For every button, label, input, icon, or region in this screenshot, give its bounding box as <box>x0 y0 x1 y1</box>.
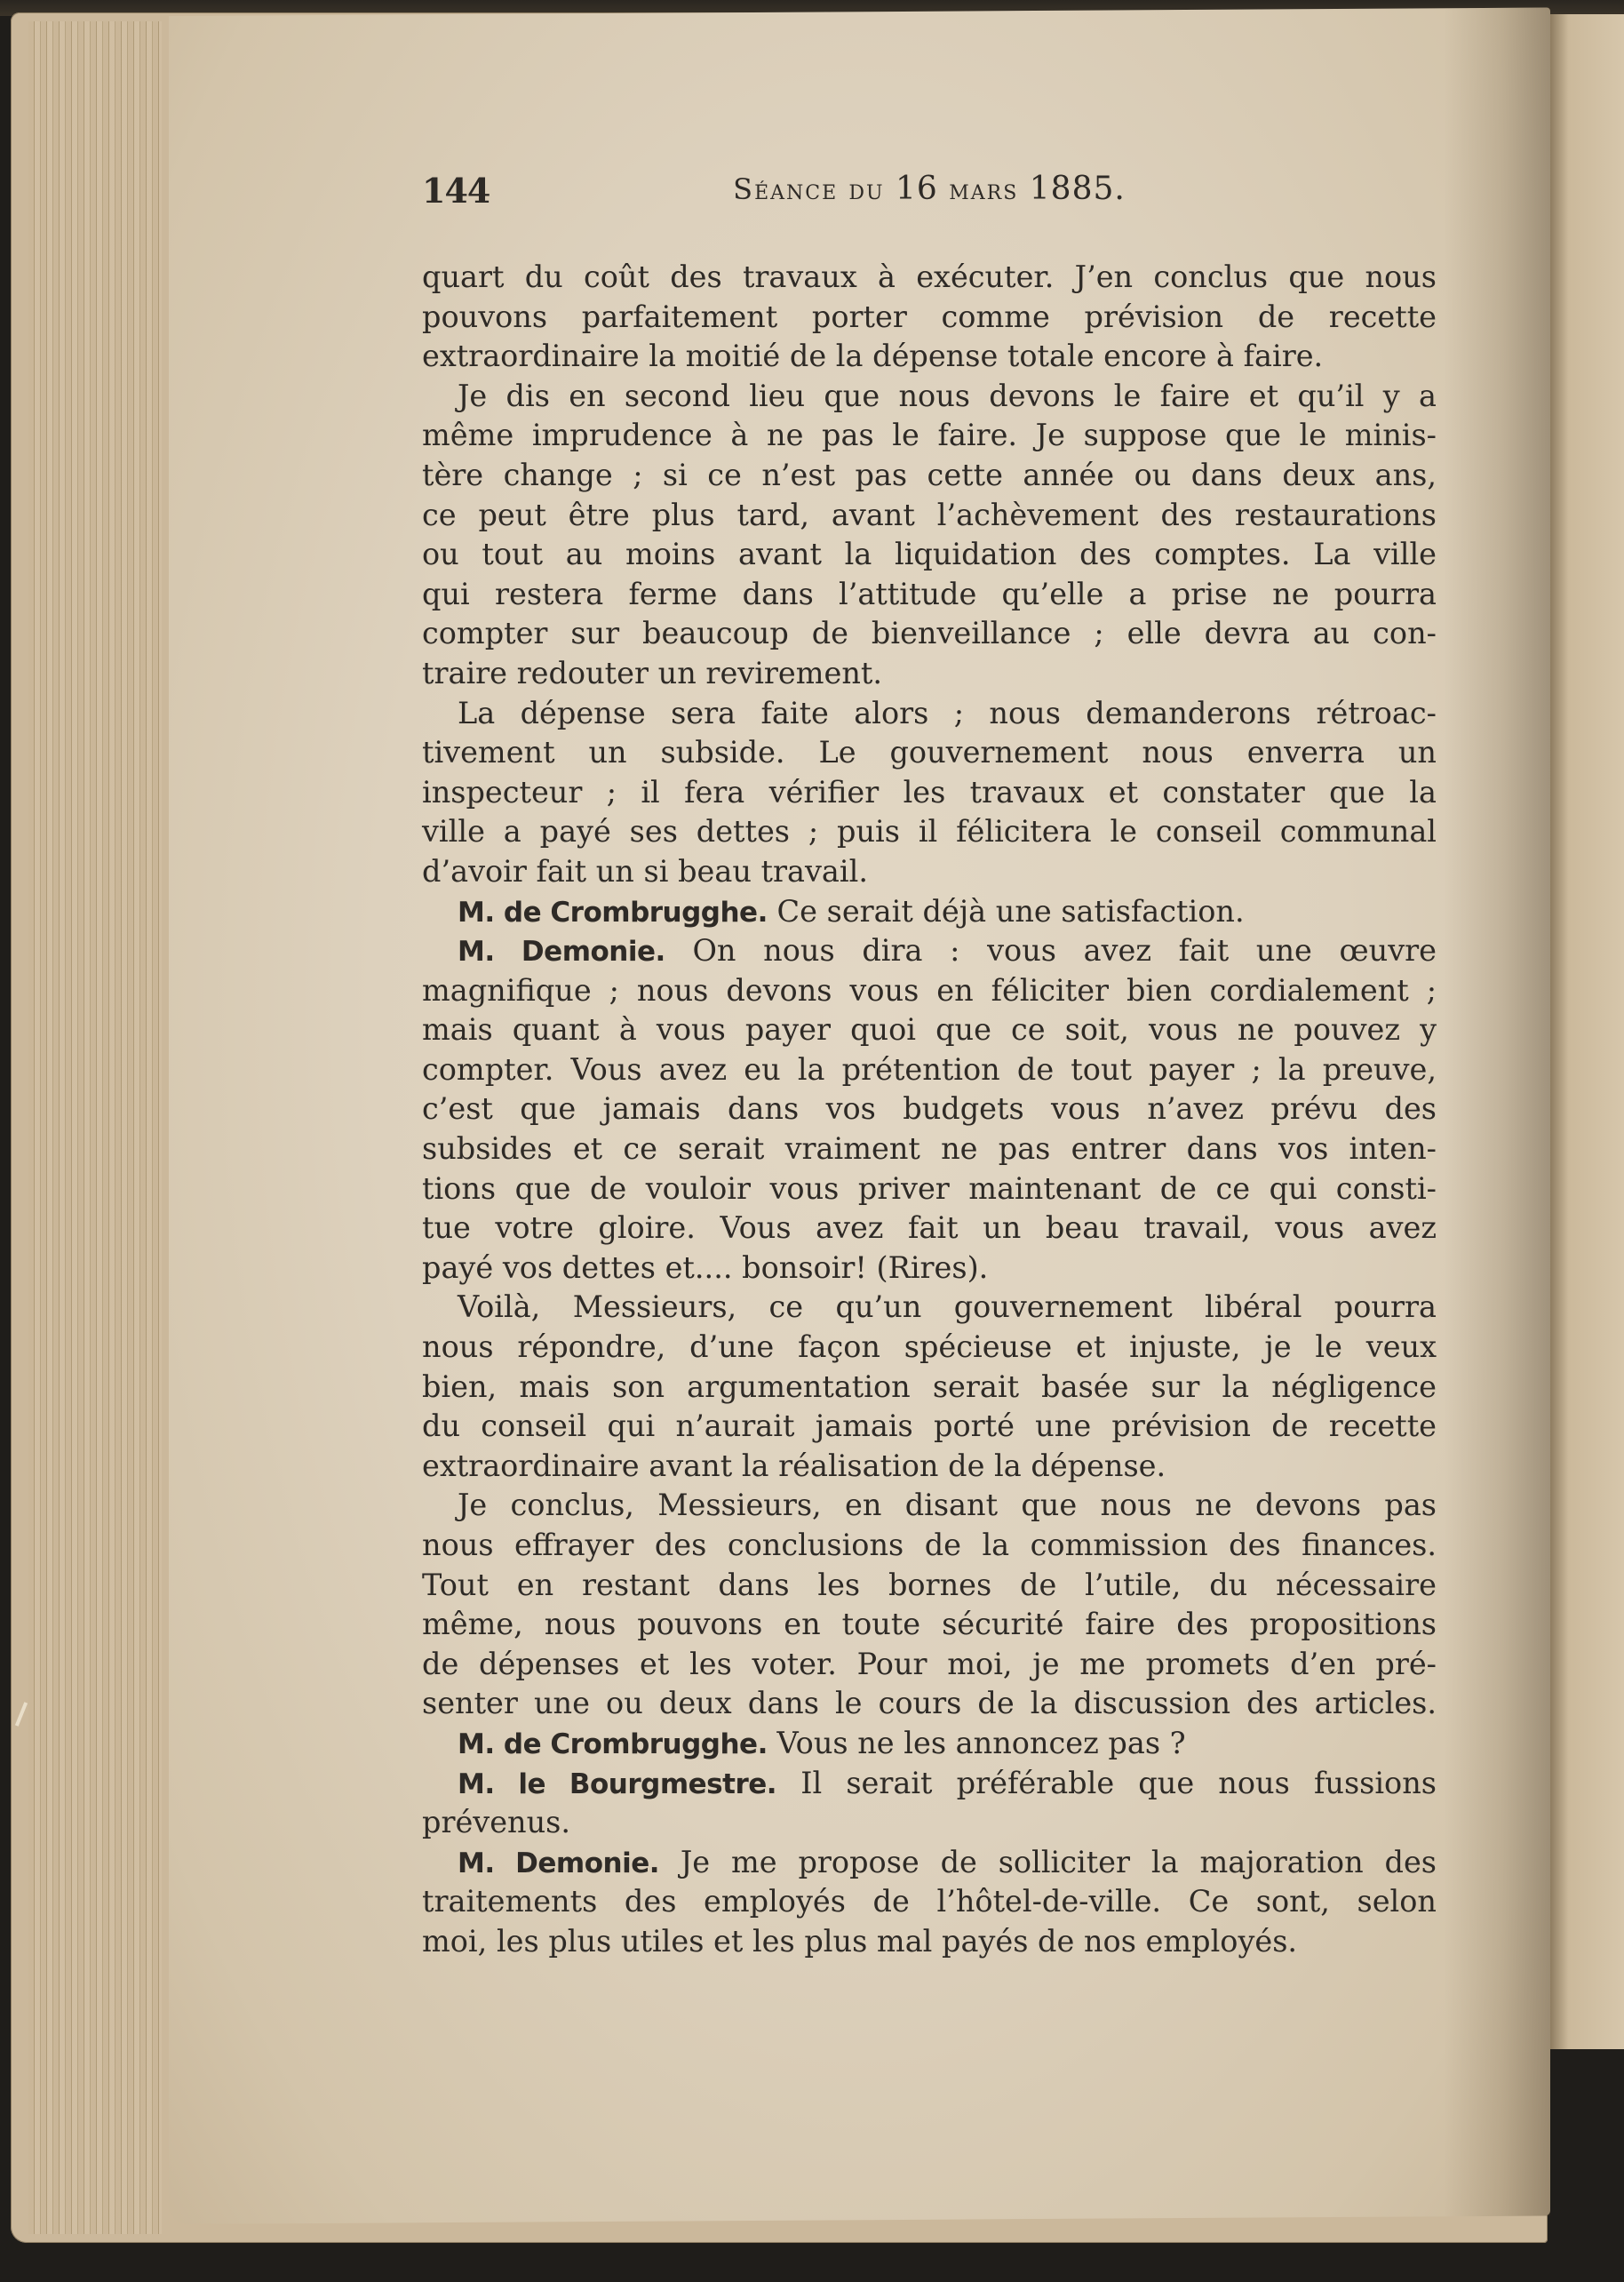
line-text: Je conclus, Messieurs, en disant que nou… <box>458 1488 1437 1522</box>
text-line: extraordinaire la moitié de la dépense t… <box>422 337 1437 377</box>
line-text: moi, les plus utiles et les plus mal pay… <box>422 1924 1297 1959</box>
text-line: tions que de vouloir vous priver mainten… <box>422 1169 1437 1209</box>
line-text: traire redouter un revirement. <box>422 656 882 690</box>
line-text: c’est que jamais dans vos budgets vous n… <box>422 1091 1437 1126</box>
text-line: de dépenses et les voter. Pour moi, je m… <box>422 1645 1437 1685</box>
text-line: Je conclus, Messieurs, en disant que nou… <box>422 1486 1437 1526</box>
text-line: quart du coût des travaux à exécuter. J’… <box>422 258 1437 298</box>
running-head-month: mars <box>949 172 1018 206</box>
text-line: ou tout au moins avant la liquidation de… <box>422 535 1437 575</box>
running-head-year: 1885. <box>1030 171 1126 207</box>
line-text: Je dis en second lieu que nous devons le… <box>458 379 1437 413</box>
text-line: compter sur beaucoup de bienveillance ; … <box>422 614 1437 654</box>
text-line: du conseil qui n’aurait jamais porté une… <box>422 1407 1437 1447</box>
line-text: tions que de vouloir vous priver mainten… <box>422 1171 1437 1206</box>
line-text: subsides et ce serait vraiment ne pas en… <box>422 1131 1437 1166</box>
text-line: même, nous pouvons en toute sécurité fai… <box>422 1605 1437 1645</box>
running-head-day: 16 <box>896 171 938 207</box>
speaker-name: M. Demonie. <box>458 1847 659 1879</box>
line-text: bien, mais son argumentation serait basé… <box>422 1369 1437 1404</box>
speaker-line: M. le Bourgmestre. Il serait préférable … <box>422 1764 1437 1804</box>
line-text: Tout en restant dans les bornes de l’uti… <box>422 1568 1437 1602</box>
line-text: du conseil qui n’aurait jamais porté une… <box>422 1408 1437 1443</box>
line-text: compter. Vous avez eu la prétention de t… <box>422 1052 1437 1087</box>
text-line: Voilà, Messieurs, ce qu’un gouvernement … <box>422 1288 1437 1328</box>
line-text: payé vos dettes et.... bonsoir! (Rires). <box>422 1250 988 1285</box>
line-text: même imprudence à ne pas le faire. Je su… <box>422 418 1437 452</box>
page-header: 144 Séance du 16 mars 1885. <box>422 171 1437 215</box>
line-text: ce peut être plus tard, avant l’achèveme… <box>422 498 1437 532</box>
line-text: La dépense sera faite alors ; nous deman… <box>458 696 1437 730</box>
text-line: tère change ; si ce n’est pas cette anné… <box>422 456 1437 496</box>
line-text: ou tout au moins avant la liquidation de… <box>422 537 1437 571</box>
speaker-line: M. de Crombrugghe. Vous ne les annoncez … <box>422 1724 1437 1764</box>
line-text: senter une ou deux dans le cours de la d… <box>422 1686 1437 1720</box>
text-line: c’est que jamais dans vos budgets vous n… <box>422 1089 1437 1129</box>
running-head: Séance du 16 mars 1885. <box>422 171 1437 207</box>
text-line: prévenus. <box>422 1803 1437 1843</box>
text-line: nous répondre, d’une façon spécieuse et … <box>422 1328 1437 1368</box>
line-text: mais quant à vous payer quoi que ce soit… <box>422 1012 1437 1047</box>
text-line: extraordinaire avant la réalisation de l… <box>422 1447 1437 1487</box>
line-text: Ce serait déjà une satisfaction. <box>777 894 1245 929</box>
text-line: moi, les plus utiles et les plus mal pay… <box>422 1922 1437 1962</box>
text-line: senter une ou deux dans le cours de la d… <box>422 1684 1437 1724</box>
speaker-line: M. de Crombrugghe. Ce serait déjà une sa… <box>422 892 1437 932</box>
text-line: magnifique ; nous devons vous en félicit… <box>422 971 1437 1011</box>
line-text: extraordinaire avant la réalisation de l… <box>422 1448 1166 1483</box>
line-text: nous effrayer des conclusions de la comm… <box>422 1528 1437 1562</box>
line-text: qui restera ferme dans l’attitude qu’ell… <box>422 577 1437 611</box>
line-text: On nous dira : vous avez fait une œuvre <box>692 933 1437 968</box>
text-line: pouvons parfaitement porter comme prévis… <box>422 298 1437 338</box>
line-text: ville a payé ses dettes ; puis il félici… <box>422 814 1437 849</box>
gutter-shadow <box>1444 8 1550 2217</box>
speaker-name: M. Demonie. <box>458 936 665 968</box>
running-head-prefix: Séance du <box>733 172 884 206</box>
text-line: La dépense sera faite alors ; nous deman… <box>422 694 1437 734</box>
line-text: tivement un subside. Le gouvernement nou… <box>422 735 1437 770</box>
text-line: Je dis en second lieu que nous devons le… <box>422 377 1437 417</box>
speaker-line: M. Demonie. On nous dira : vous avez fai… <box>422 931 1437 971</box>
speaker-name: M. le Bourgmestre. <box>458 1768 776 1800</box>
text-line: d’avoir fait un si beau travail. <box>422 852 1437 892</box>
text-line: inspecteur ; il fera vérifier les travau… <box>422 773 1437 813</box>
line-text: d’avoir fait un si beau travail. <box>422 854 868 889</box>
line-text: traitements des employés de l’hôtel-de-v… <box>422 1884 1437 1919</box>
text-line: tivement un subside. Le gouvernement nou… <box>422 733 1437 773</box>
line-text: Il serait préférable que nous fussions <box>800 1766 1437 1800</box>
line-text: magnifique ; nous devons vous en félicit… <box>422 973 1437 1008</box>
line-text: même, nous pouvons en toute sécurité fai… <box>422 1607 1437 1641</box>
line-text: quart du coût des travaux à exécuter. J’… <box>422 259 1437 294</box>
speaker-name: M. de Crombrugghe. <box>458 1728 768 1760</box>
text-line: bien, mais son argumentation serait basé… <box>422 1368 1437 1408</box>
line-text: Je me propose de solliciter la majoratio… <box>681 1845 1437 1879</box>
body-text: quart du coût des travaux à exécuter. J’… <box>422 258 1437 1962</box>
line-text: extraordinaire la moitié de la dépense t… <box>422 339 1323 373</box>
text-line: ce peut être plus tard, avant l’achèveme… <box>422 496 1437 536</box>
facing-page-edge <box>1550 14 1624 2049</box>
line-text: prévenus. <box>422 1805 570 1839</box>
text-line: ville a payé ses dettes ; puis il félici… <box>422 812 1437 852</box>
line-text: nous répondre, d’une façon spécieuse et … <box>422 1329 1437 1364</box>
speaker-line: M. Demonie. Je me propose de solliciter … <box>422 1843 1437 1883</box>
line-text: tue votre gloire. Vous avez fait un beau… <box>422 1210 1437 1245</box>
text-line: mais quant à vous payer quoi que ce soit… <box>422 1010 1437 1050</box>
line-text: de dépenses et les voter. Pour moi, je m… <box>422 1647 1437 1681</box>
line-text: Vous ne les annoncez pas ? <box>777 1726 1186 1760</box>
line-text: Voilà, Messieurs, ce qu’un gouvernement … <box>458 1289 1437 1324</box>
line-text: inspecteur ; il fera vérifier les travau… <box>422 775 1437 810</box>
text-line: payé vos dettes et.... bonsoir! (Rires). <box>422 1249 1437 1289</box>
speaker-name: M. de Crombrugghe. <box>458 897 768 929</box>
line-text: tère change ; si ce n’est pas cette anné… <box>422 458 1437 492</box>
text-line: traire redouter un revirement. <box>422 654 1437 694</box>
text-line: tue votre gloire. Vous avez fait un beau… <box>422 1209 1437 1249</box>
text-line: Tout en restant dans les bornes de l’uti… <box>422 1566 1437 1606</box>
text-line: qui restera ferme dans l’attitude qu’ell… <box>422 575 1437 615</box>
text-line: compter. Vous avez eu la prétention de t… <box>422 1050 1437 1090</box>
line-text: compter sur beaucoup de bienveillance ; … <box>422 616 1437 650</box>
text-line: même imprudence à ne pas le faire. Je su… <box>422 416 1437 456</box>
text-line: traitements des employés de l’hôtel-de-v… <box>422 1882 1437 1922</box>
text-line: nous effrayer des conclusions de la comm… <box>422 1526 1437 1566</box>
text-line: subsides et ce serait vraiment ne pas en… <box>422 1129 1437 1169</box>
line-text: pouvons parfaitement porter comme prévis… <box>422 299 1437 334</box>
